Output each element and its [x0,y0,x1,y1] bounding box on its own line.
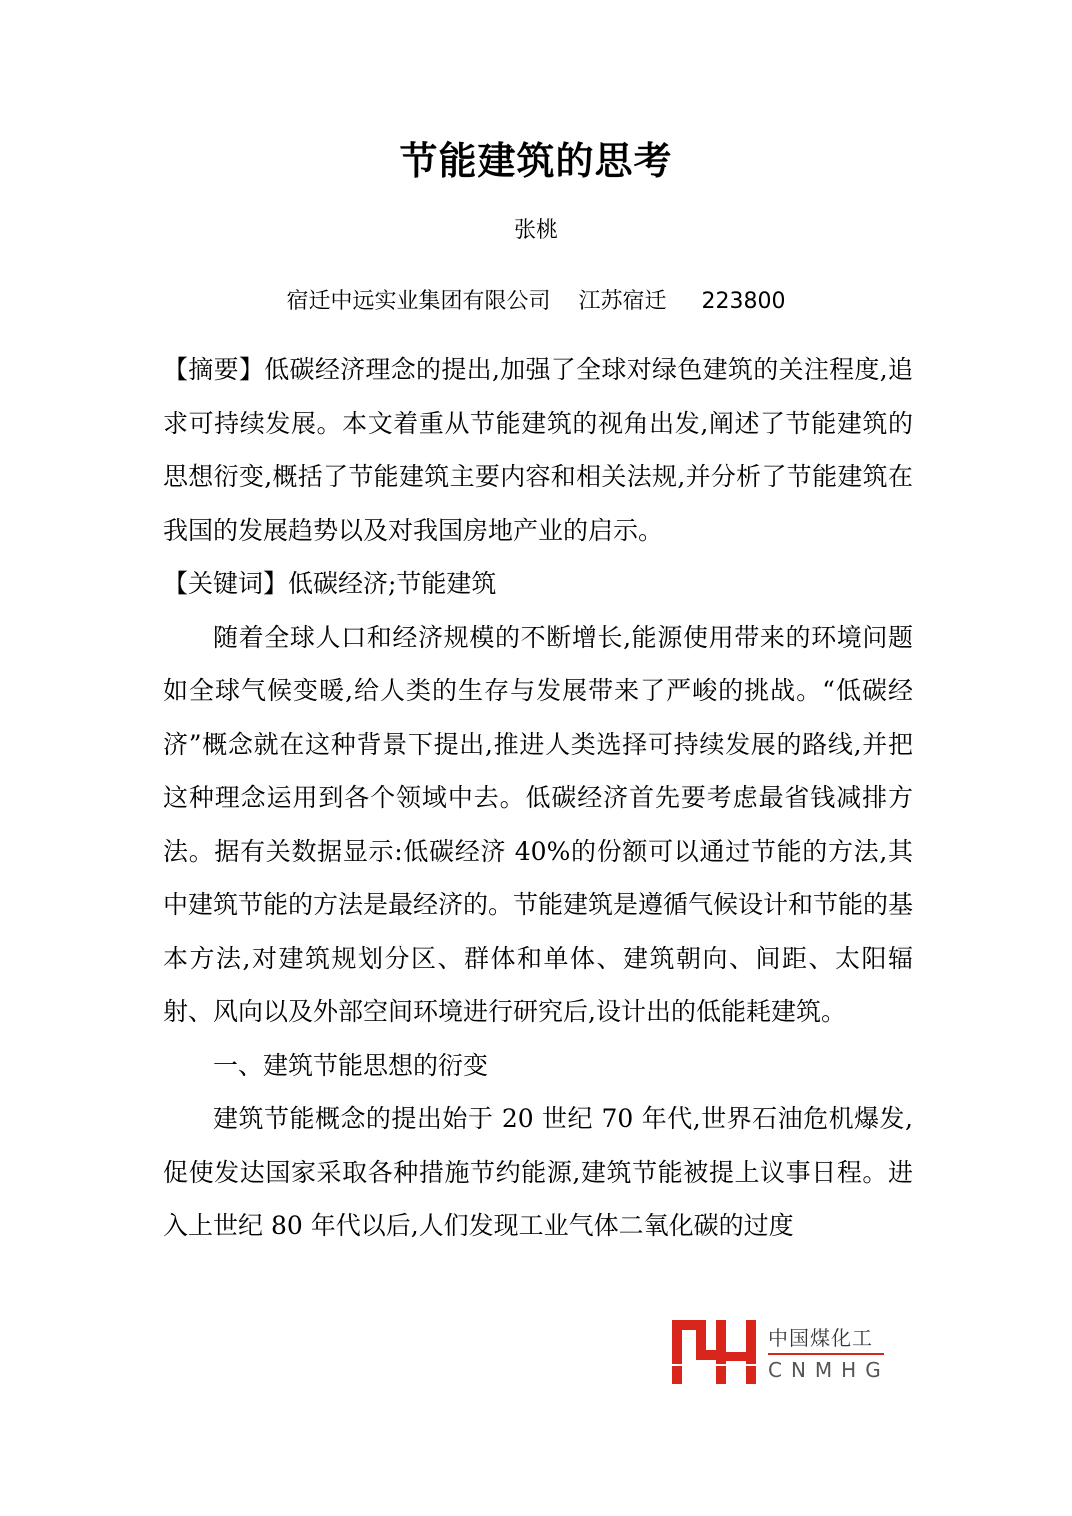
mh-logo-icon [672,1318,758,1386]
watermark-logo: 中国煤化工 CNMHG [672,1318,882,1388]
document-body: 【摘要】低碳经济理念的提出,加强了全球对绿色建筑的关注程度,追求可持续发展。本文… [163,343,913,1253]
body-paragraph: 建筑节能概念的提出始于 20 世纪 70 年代,世界石油危机爆发,促使发达国家采… [163,1092,913,1253]
watermark-divider [768,1353,884,1355]
document-page: 节能建筑的思考 张桃 宿迁中远实业集团有限公司 江苏宿迁 223800 【摘要】… [0,0,1072,1516]
document-title: 节能建筑的思考 [0,130,1072,185]
abstract-paragraph: 【摘要】低碳经济理念的提出,加强了全球对绿色建筑的关注程度,追求可持续发展。本文… [163,343,913,557]
section-heading: 一、建筑节能思想的衍变 [163,1039,913,1093]
author-name: 张桃 [0,213,1072,244]
author-affiliation: 宿迁中远实业集团有限公司 江苏宿迁 223800 [0,284,1072,315]
keywords-line: 【关键词】低碳经济;节能建筑 [163,557,913,611]
watermark-name-cn: 中国煤化工 [768,1322,873,1351]
watermark-name-en: CNMHG [768,1358,890,1382]
body-paragraph: 随着全球人口和经济规模的不断增长,能源使用带来的环境问题如全球气候变暖,给人类的… [163,611,913,1039]
